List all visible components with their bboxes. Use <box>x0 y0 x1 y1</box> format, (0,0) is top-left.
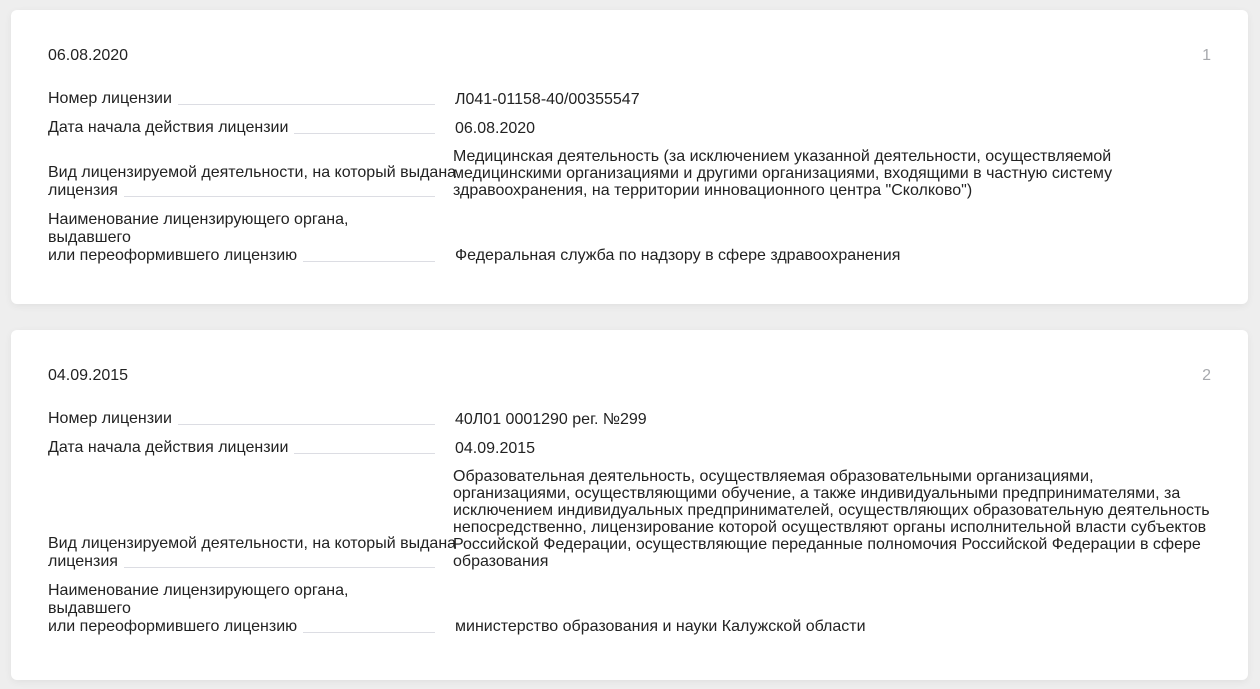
label-text: Вид лицензируемой деятельности, на котор… <box>48 164 435 182</box>
license-authority-value: министерство образования и науки Калужск… <box>455 618 1211 636</box>
label-text: Дата начала действия лицензии <box>48 119 288 137</box>
license-card: 04.09.2015 2 Номер лицензии 40Л01 000129… <box>11 330 1248 680</box>
license-number-row: Номер лицензии Л041-01158-40/00355547 <box>48 90 1211 108</box>
label-text: Наименование лицензирующего органа, выда… <box>48 211 435 247</box>
license-number-row: Номер лицензии 40Л01 0001290 рег. №299 <box>48 410 1211 428</box>
license-authority-label: Наименование лицензирующего органа, выда… <box>48 211 435 265</box>
license-authority-row: Наименование лицензирующего органа, выда… <box>48 582 1211 636</box>
label-text: или переоформившего лицензию <box>48 247 297 265</box>
license-start-label: Дата начала действия лицензии <box>48 439 435 457</box>
license-number-value: 40Л01 0001290 рег. №299 <box>455 411 1211 428</box>
license-start-value: 06.08.2020 <box>455 120 1211 137</box>
label-text: или переоформившего лицензию <box>48 618 297 636</box>
license-start-label: Дата начала действия лицензии <box>48 119 435 137</box>
label-text: Номер лицензии <box>48 410 172 428</box>
license-card-header: 04.09.2015 2 <box>48 366 1211 386</box>
leader-line <box>178 104 435 105</box>
license-activity-value: Медицинская деятельность (за исключением… <box>453 148 1211 200</box>
license-number-value: Л041-01158-40/00355547 <box>455 91 1211 108</box>
license-number-label: Номер лицензии <box>48 90 435 108</box>
license-number-label: Номер лицензии <box>48 410 435 428</box>
license-card: 06.08.2020 1 Номер лицензии Л041-01158-4… <box>11 10 1248 304</box>
leader-line <box>294 133 435 134</box>
leader-line <box>294 453 435 454</box>
license-index: 2 <box>1202 366 1211 386</box>
license-start-value: 04.09.2015 <box>455 440 1211 457</box>
label-text: лицензия <box>48 182 118 200</box>
license-activity-label: Вид лицензируемой деятельности, на котор… <box>48 164 435 200</box>
license-card-header: 06.08.2020 1 <box>48 46 1211 66</box>
license-activity-row: Вид лицензируемой деятельности, на котор… <box>48 468 1211 571</box>
license-date: 06.08.2020 <box>48 46 128 66</box>
leader-line <box>124 567 435 568</box>
license-start-row: Дата начала действия лицензии 06.08.2020 <box>48 119 1211 137</box>
label-text: Номер лицензии <box>48 90 172 108</box>
license-list: 06.08.2020 1 Номер лицензии Л041-01158-4… <box>0 0 1260 680</box>
license-authority-label: Наименование лицензирующего органа, выда… <box>48 582 435 636</box>
label-text: лицензия <box>48 553 118 571</box>
license-authority-row: Наименование лицензирующего органа, выда… <box>48 211 1211 265</box>
label-text: Дата начала действия лицензии <box>48 439 288 457</box>
label-text: Наименование лицензирующего органа, выда… <box>48 582 435 618</box>
license-date: 04.09.2015 <box>48 366 128 386</box>
leader-line <box>303 632 435 633</box>
license-authority-value: Федеральная служба по надзору в сфере зд… <box>455 247 1211 265</box>
license-start-row: Дата начала действия лицензии 04.09.2015 <box>48 439 1211 457</box>
license-activity-label: Вид лицензируемой деятельности, на котор… <box>48 535 435 571</box>
leader-line <box>124 196 435 197</box>
label-text: Вид лицензируемой деятельности, на котор… <box>48 535 435 553</box>
leader-line <box>178 424 435 425</box>
license-activity-value: Образовательная деятельность, осуществля… <box>453 468 1211 571</box>
license-index: 1 <box>1202 46 1211 66</box>
leader-line <box>303 261 435 262</box>
license-activity-row: Вид лицензируемой деятельности, на котор… <box>48 148 1211 200</box>
